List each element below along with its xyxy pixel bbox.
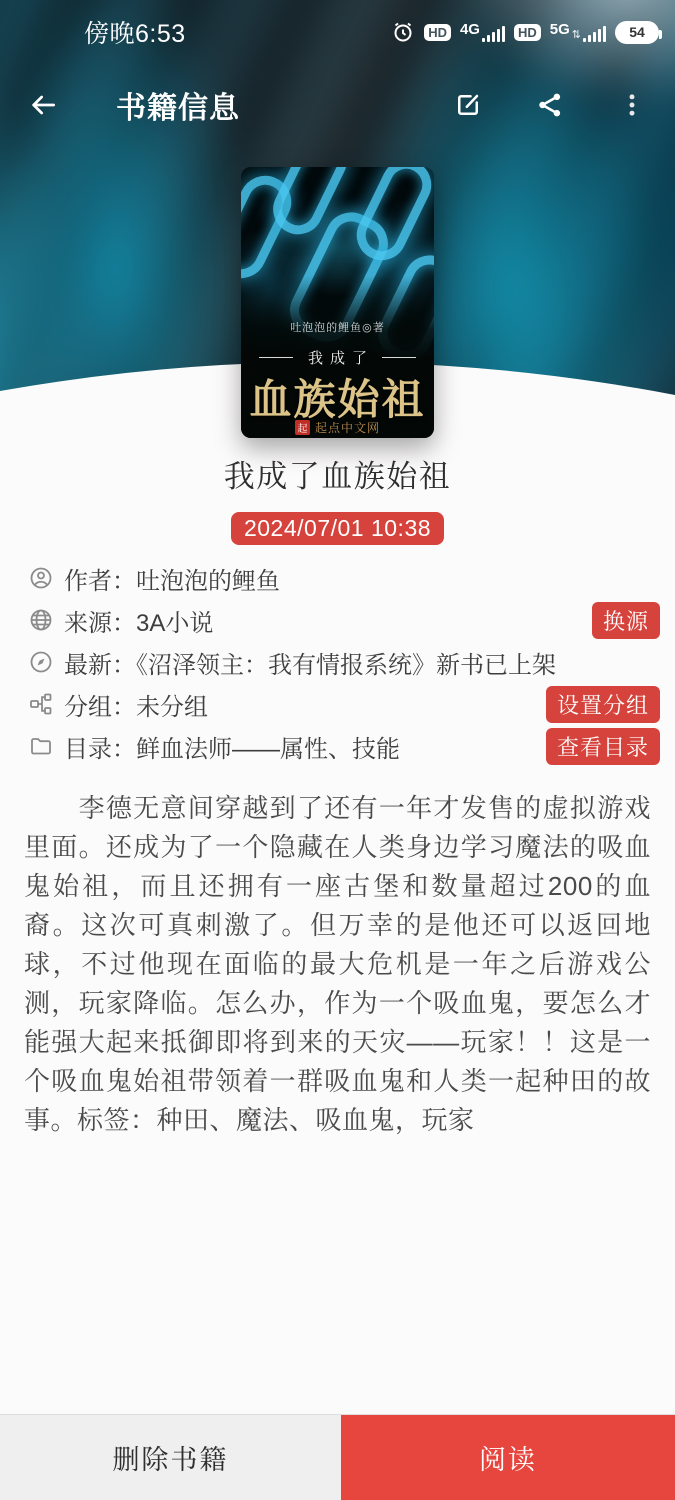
edit-icon[interactable] xyxy=(451,88,485,122)
group-label: 分组：未分组 xyxy=(64,687,208,722)
cover-author-credit: 吐泡泡的鲤鱼◎著 xyxy=(241,319,434,335)
latest-chapter-row: 最新：《沼泽领主：我有情报系统》新书已上架 xyxy=(0,641,675,683)
page-title: 书籍信息 xyxy=(116,83,240,127)
update-time-badge: 2024/07/01 10:38 xyxy=(231,512,444,545)
detail-rows: 作者：吐泡泡的鲤鱼 来源：3A小说 换源 xyxy=(0,557,675,767)
more-menu-icon[interactable] xyxy=(615,88,649,122)
folder-icon xyxy=(29,734,53,758)
book-cover[interactable]: 吐泡泡的鲤鱼◎著 我成了 血族始祖 起 起点中文网 xyxy=(241,167,434,438)
alarm-icon xyxy=(391,20,415,44)
footer-bar: 删除书籍 阅读 xyxy=(0,1414,675,1500)
set-group-button[interactable]: 设置分组 xyxy=(546,686,660,723)
signal-4g: 4G xyxy=(460,22,505,42)
book-info-screen: 傍晚6:53 HD 4G HD 5G ⇅ xyxy=(0,0,675,1500)
cover-title: 血族始祖 xyxy=(241,367,434,427)
hd-voice-icon-1: HD xyxy=(424,24,451,41)
source-row: 来源：3A小说 换源 xyxy=(0,599,675,641)
toc-label: 目录：鲜血法师——属性、技能 xyxy=(64,729,400,764)
author-row: 作者：吐泡泡的鲤鱼 xyxy=(0,557,675,599)
back-arrow-icon[interactable] xyxy=(26,88,60,122)
read-button[interactable]: 阅读 xyxy=(341,1415,675,1500)
battery-percent: 54 xyxy=(629,24,645,40)
book-title: 我成了血族始祖 xyxy=(0,457,675,497)
app-bar: 书籍信息 xyxy=(0,76,675,134)
author-label: 作者：吐泡泡的鲤鱼 xyxy=(64,561,280,596)
qidian-logo-icon: 起 xyxy=(295,420,310,435)
signal-5g: 5G ⇅ xyxy=(550,22,606,42)
publisher-name: 起点中文网 xyxy=(315,419,380,436)
signal-bars-icon-1 xyxy=(482,24,505,42)
data-activity-icon: ⇅ xyxy=(572,30,581,41)
source-label: 来源：3A小说 xyxy=(64,603,213,638)
latest-chapter-label: 最新：《沼泽领主：我有情报系统》新书已上架 xyxy=(64,645,556,680)
delete-book-button[interactable]: 删除书籍 xyxy=(0,1415,341,1500)
book-info-content: 我成了血族始祖 2024/07/01 10:38 作者：吐泡泡的鲤鱼 xyxy=(0,457,675,1140)
book-intro: 李德无意间穿越到了还有一年才发售的虚拟游戏里面。还成为了一个隐藏在人类身边学习魔… xyxy=(24,789,651,1140)
change-source-button[interactable]: 换源 xyxy=(592,602,660,639)
cover-publisher: 起 起点中文网 xyxy=(241,419,434,436)
view-toc-button[interactable]: 查看目录 xyxy=(546,728,660,765)
signal-bars-icon-2 xyxy=(583,24,606,42)
battery-icon: 54 xyxy=(615,21,659,44)
share-icon[interactable] xyxy=(533,88,567,122)
person-icon xyxy=(29,566,53,590)
cover-tagline: 我成了 xyxy=(241,347,434,368)
globe-icon xyxy=(29,608,53,632)
group-row: 分组：未分组 设置分组 xyxy=(0,683,675,725)
group-tree-icon xyxy=(29,692,53,716)
clock-time: 傍晚6:53 xyxy=(84,14,186,50)
hd-voice-icon-2: HD xyxy=(514,24,541,41)
toc-row: 目录：鲜血法师——属性、技能 查看目录 xyxy=(0,725,675,767)
status-bar: 傍晚6:53 HD 4G HD 5G ⇅ xyxy=(0,0,675,58)
compass-icon xyxy=(29,650,53,674)
